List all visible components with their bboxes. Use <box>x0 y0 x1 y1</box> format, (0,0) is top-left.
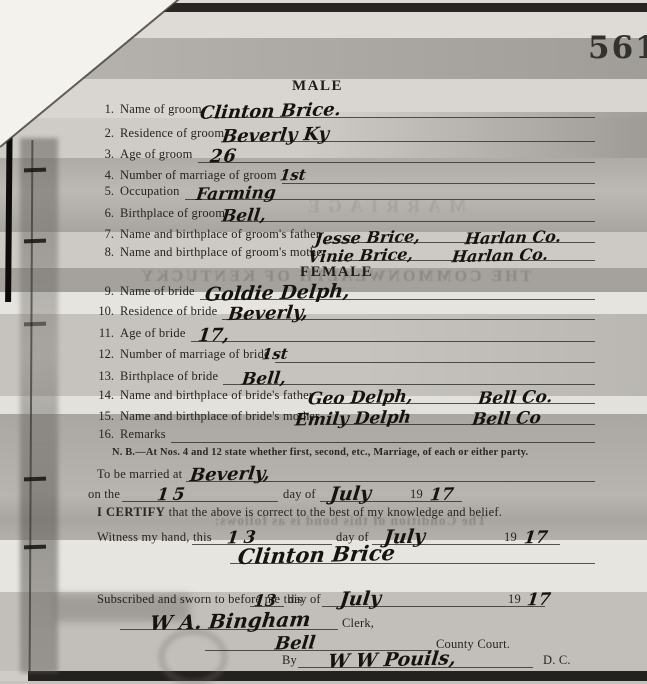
form-row-5: 5. Occupation Farming <box>92 182 595 200</box>
form-row-15: 15. Name and birthplace of bride's mothe… <box>92 407 595 425</box>
form-row-2: 2. Residence of groom Beverly Ky <box>92 124 595 142</box>
handwritten-value: Beverly Ky <box>221 124 330 148</box>
stitch-mark <box>24 239 46 244</box>
handwritten-value: 15 <box>156 485 190 506</box>
handwritten-value: Beverly, <box>227 302 309 325</box>
field-number: 15. <box>92 409 114 425</box>
field-label: Birthplace of groom <box>120 206 225 222</box>
handwritten-value: 17 <box>429 485 455 506</box>
section-header-female: FEMALE <box>300 264 373 281</box>
field-label: Name of groom <box>120 102 202 118</box>
field-label: Name and birthplace of groom's mother <box>120 245 326 261</box>
stitch-mark <box>24 545 46 550</box>
form-row-8: 8. Name and birthplace of groom's mother… <box>92 243 595 261</box>
form-row-10: 10. Residence of bride Beverly, <box>92 302 595 320</box>
form-row-14: 14. Name and birthplace of bride's fathe… <box>92 386 595 404</box>
field-number: 14. <box>92 388 114 404</box>
certify-rest: that the above is correct to the best of… <box>169 505 502 519</box>
field-number: 9. <box>92 284 114 300</box>
field-number: 3. <box>92 147 114 163</box>
field-number: 13. <box>92 369 114 385</box>
field-number: 11. <box>92 326 114 342</box>
stitch-mark <box>24 322 46 327</box>
year-print: 19 <box>504 530 517 545</box>
nb-note: N. B.—At Nos. 4 and 12 state whether fir… <box>112 447 528 458</box>
certify-statement: I CERTIFY that the above is correct to t… <box>97 505 502 520</box>
handwritten-value: 17 <box>526 590 552 611</box>
ruled-line <box>230 204 595 222</box>
field-number: 6. <box>92 206 114 222</box>
ruled-line <box>191 324 595 342</box>
ruled-line: 15 <box>122 484 278 502</box>
handwritten-value: July <box>339 587 383 610</box>
groom-signature: Clinton Brice <box>237 540 397 569</box>
field-label: Remarks <box>120 427 166 443</box>
form-row-13: 13. Birthplace of bride Bell, <box>92 367 595 385</box>
form-row-11: 11. Age of bride 17, <box>92 324 595 342</box>
handwritten-value: July <box>329 482 373 505</box>
binding-smudge <box>20 138 58 673</box>
field-label: Number of marriage of bride <box>120 347 270 363</box>
day-of-label: day of <box>288 592 321 607</box>
field-label: Name and birthplace of bride's father <box>120 388 313 404</box>
ruled-line <box>198 145 595 163</box>
field-label: Age of bride <box>120 326 186 342</box>
handwritten-value: Bell, <box>221 205 267 226</box>
scan-band <box>128 3 647 12</box>
ruled-line <box>275 345 595 363</box>
clerk-signature-line: W A. Bingham <box>120 612 338 630</box>
form-row-7: 7. Name and birthplace of groom's father… <box>92 225 595 243</box>
handwritten-value: 1st <box>261 345 289 364</box>
year-print: 19 <box>410 487 423 502</box>
ruled-line: 13 <box>250 589 284 607</box>
page-number: 561 <box>588 30 647 66</box>
field-label: Name of bride <box>120 284 195 300</box>
field-number: 10. <box>92 304 114 320</box>
clerk-label: Clerk, <box>342 616 374 631</box>
to-be-married-label: To be married at <box>97 467 182 482</box>
ruled-line: July 19 17 <box>372 527 560 545</box>
stitch-mark <box>24 168 46 173</box>
form-row-1: 1. Name of groom Clinton Brice. <box>92 100 595 118</box>
form-row-12: 12. Number of marriage of bride 1st <box>92 345 595 363</box>
field-label: Birthplace of bride <box>120 369 218 385</box>
field-number: 8. <box>92 245 114 261</box>
clerk-signature: W A. Bingham <box>149 607 312 635</box>
handwritten-value: Clinton Brice. <box>199 99 342 124</box>
field-label: Residence of bride <box>120 304 217 320</box>
field-label: Name and birthplace of groom's father <box>120 227 320 243</box>
field-number: 2. <box>92 126 114 142</box>
handwritten-value: Harlan Co. <box>451 245 549 267</box>
ruled-line: July 19 17 <box>320 484 462 502</box>
handwritten-value: Bell Co. <box>477 387 554 409</box>
bottom-scan-bar <box>28 671 647 681</box>
field-number: 16. <box>92 427 114 443</box>
field-label: Occupation <box>120 184 180 200</box>
field-number: 12. <box>92 347 114 363</box>
by-label: By <box>282 653 297 668</box>
form-row-3: 3. Age of groom 26 <box>92 145 595 163</box>
handwritten-value: Beverly, <box>189 463 271 486</box>
certify-lead: I CERTIFY <box>97 505 165 519</box>
deputy-signature-line: W W Pouils, <box>298 650 533 668</box>
dc-label: D. C. <box>543 653 571 668</box>
deputy-signature: W W Pouils, <box>327 647 457 672</box>
form-row-16: 16. Remarks <box>92 425 595 443</box>
field-number: 7. <box>92 227 114 243</box>
ruled-line: Beverly, <box>186 464 595 482</box>
field-label: Age of groom <box>120 147 193 163</box>
field-number: 1. <box>92 102 114 118</box>
section-header-male: MALE <box>292 78 343 95</box>
field-label: Residence of groom <box>120 126 224 142</box>
handwritten-value: Geo Delph, <box>307 387 414 410</box>
on-the-label: on the <box>88 487 120 502</box>
handwritten-value: Farming <box>195 183 277 205</box>
field-label: Name and birthplace of bride's mother <box>120 409 320 425</box>
handwritten-value: 17, <box>197 325 231 347</box>
form-row-9: 9. Name of bride Goldie Delph, <box>92 282 595 300</box>
ruled-line <box>171 425 595 443</box>
stitch-mark <box>24 477 46 482</box>
scanned-marriage-record: MARRIAGE THE COMMONWEALTH OF KENTUCKY Th… <box>0 0 647 684</box>
form-row-6: 6. Birthplace of groom Bell, <box>92 204 595 222</box>
field-number: 5. <box>92 184 114 200</box>
signature-line: Clinton Brice <box>230 546 595 564</box>
ruled-line: July 19 17 <box>322 589 545 607</box>
handwritten-value: 26 <box>209 146 238 168</box>
year-print: 19 <box>508 592 521 607</box>
day-of-label: day of <box>283 487 316 502</box>
